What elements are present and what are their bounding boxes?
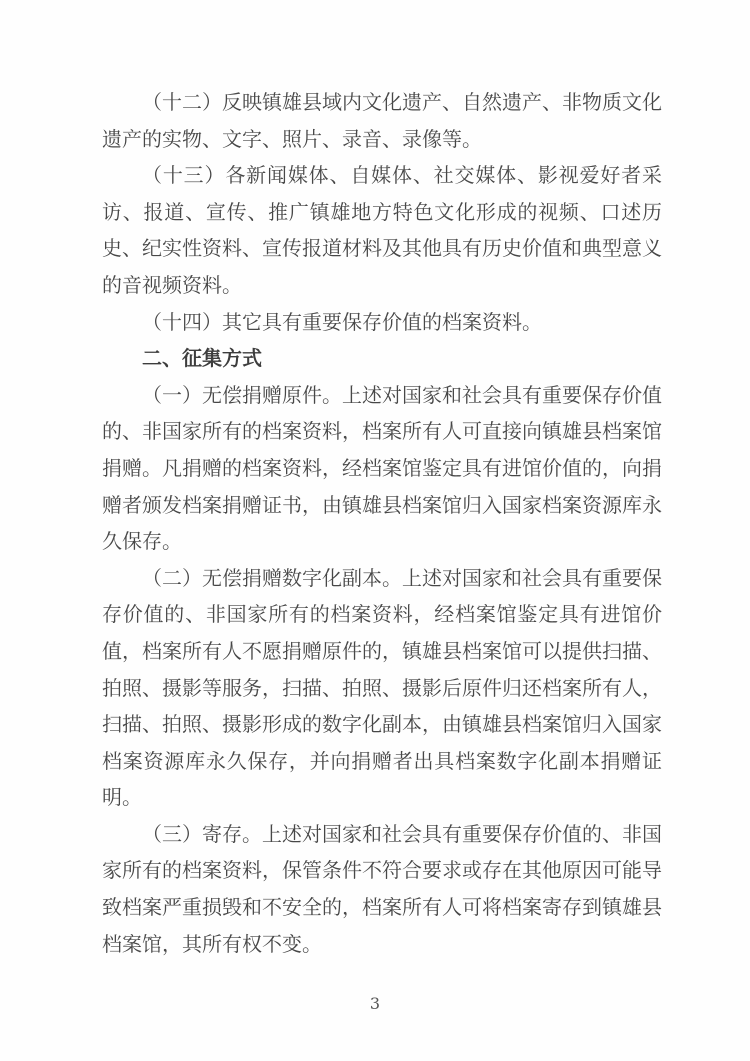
paragraph-item-13: （十三）各新闻媒体、自媒体、社交媒体、影视爱好者采访、报道、宣传、推广镇雄地方特… (102, 157, 662, 303)
document-body: （十二）反映镇雄县域内文化遗产、自然遗产、非物质文化遗产的实物、文字、照片、录音… (102, 84, 662, 962)
paragraph-method-1-donate-originals: （一）无偿捐赠原件。上述对国家和社会具有重要保存价值的、非国家所有的档案资料，档… (102, 377, 662, 560)
section-heading-collection-methods: 二、征集方式 (102, 340, 662, 377)
paragraph-method-2-donate-digital-copies: （二）无偿捐赠数字化副本。上述对国家和社会具有重要保存价值的、非国家所有的档案资… (102, 560, 662, 816)
paragraph-method-3-deposit: （三）寄存。上述对国家和社会具有重要保存价值的、非国家所有的档案资料，保管条件不… (102, 816, 662, 962)
paragraph-item-12: （十二）反映镇雄县域内文化遗产、自然遗产、非物质文化遗产的实物、文字、照片、录音… (102, 84, 662, 157)
document-page: （十二）反映镇雄县域内文化遗产、自然遗产、非物质文化遗产的实物、文字、照片、录音… (0, 0, 750, 1061)
paragraph-item-14: （十四）其它具有重要保存价值的档案资料。 (102, 304, 662, 341)
page-number: 3 (0, 994, 750, 1013)
